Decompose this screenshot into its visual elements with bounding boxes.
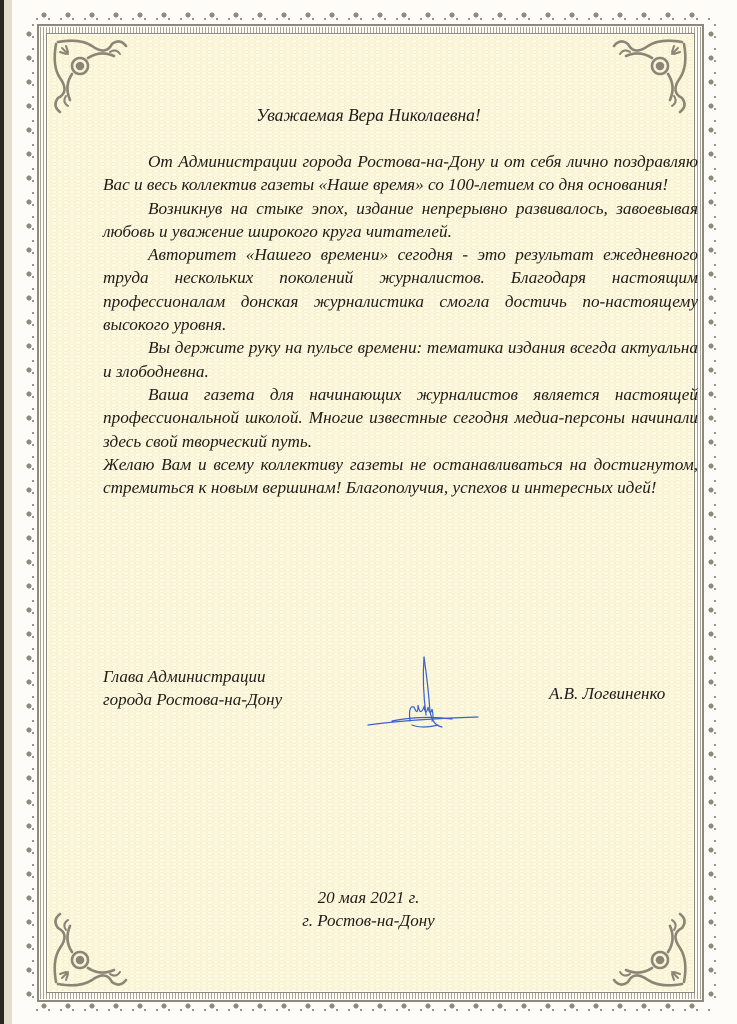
ornamental-border-right: [708, 22, 718, 1002]
ornamental-border-left: [26, 22, 36, 1002]
date-place-block: 20 мая 2021 г. г. Ростов-на-Дону: [0, 886, 737, 932]
paragraph: Авторитет «Нашего времени» сегодня - это…: [103, 243, 698, 336]
letter-body: От Администрации города Ростова-на-Дону …: [103, 150, 698, 499]
signatory-title-line1: Глава Администрации: [103, 665, 282, 688]
signatory-name: А.В. Логвиненко: [549, 684, 665, 704]
paragraph: От Администрации города Ростова-на-Дону …: [103, 150, 698, 197]
ornamental-border-top: [32, 12, 712, 22]
letter-date: 20 мая 2021 г.: [0, 886, 737, 909]
signatory-title-line2: города Ростова-на-Дону: [103, 688, 282, 711]
paragraph: Желаю Вам и всему коллективу газеты не о…: [103, 453, 698, 500]
ornamental-border-bottom: [32, 1003, 712, 1013]
signatory-title: Глава Администрации города Ростова-на-До…: [103, 665, 282, 711]
handwritten-signature-icon: [362, 655, 482, 735]
paragraph: Вы держите руку на пульсе времени: темат…: [103, 336, 698, 383]
scan-margin: [4, 0, 12, 1024]
letter-place: г. Ростов-на-Дону: [0, 909, 737, 932]
paragraph: Ваша газета для начинающих журналистов я…: [103, 383, 698, 453]
paragraph: Возникнув на стыке эпох, издание непреры…: [103, 197, 698, 244]
letter-greeting: Уважаемая Вера Николаевна!: [0, 105, 737, 126]
